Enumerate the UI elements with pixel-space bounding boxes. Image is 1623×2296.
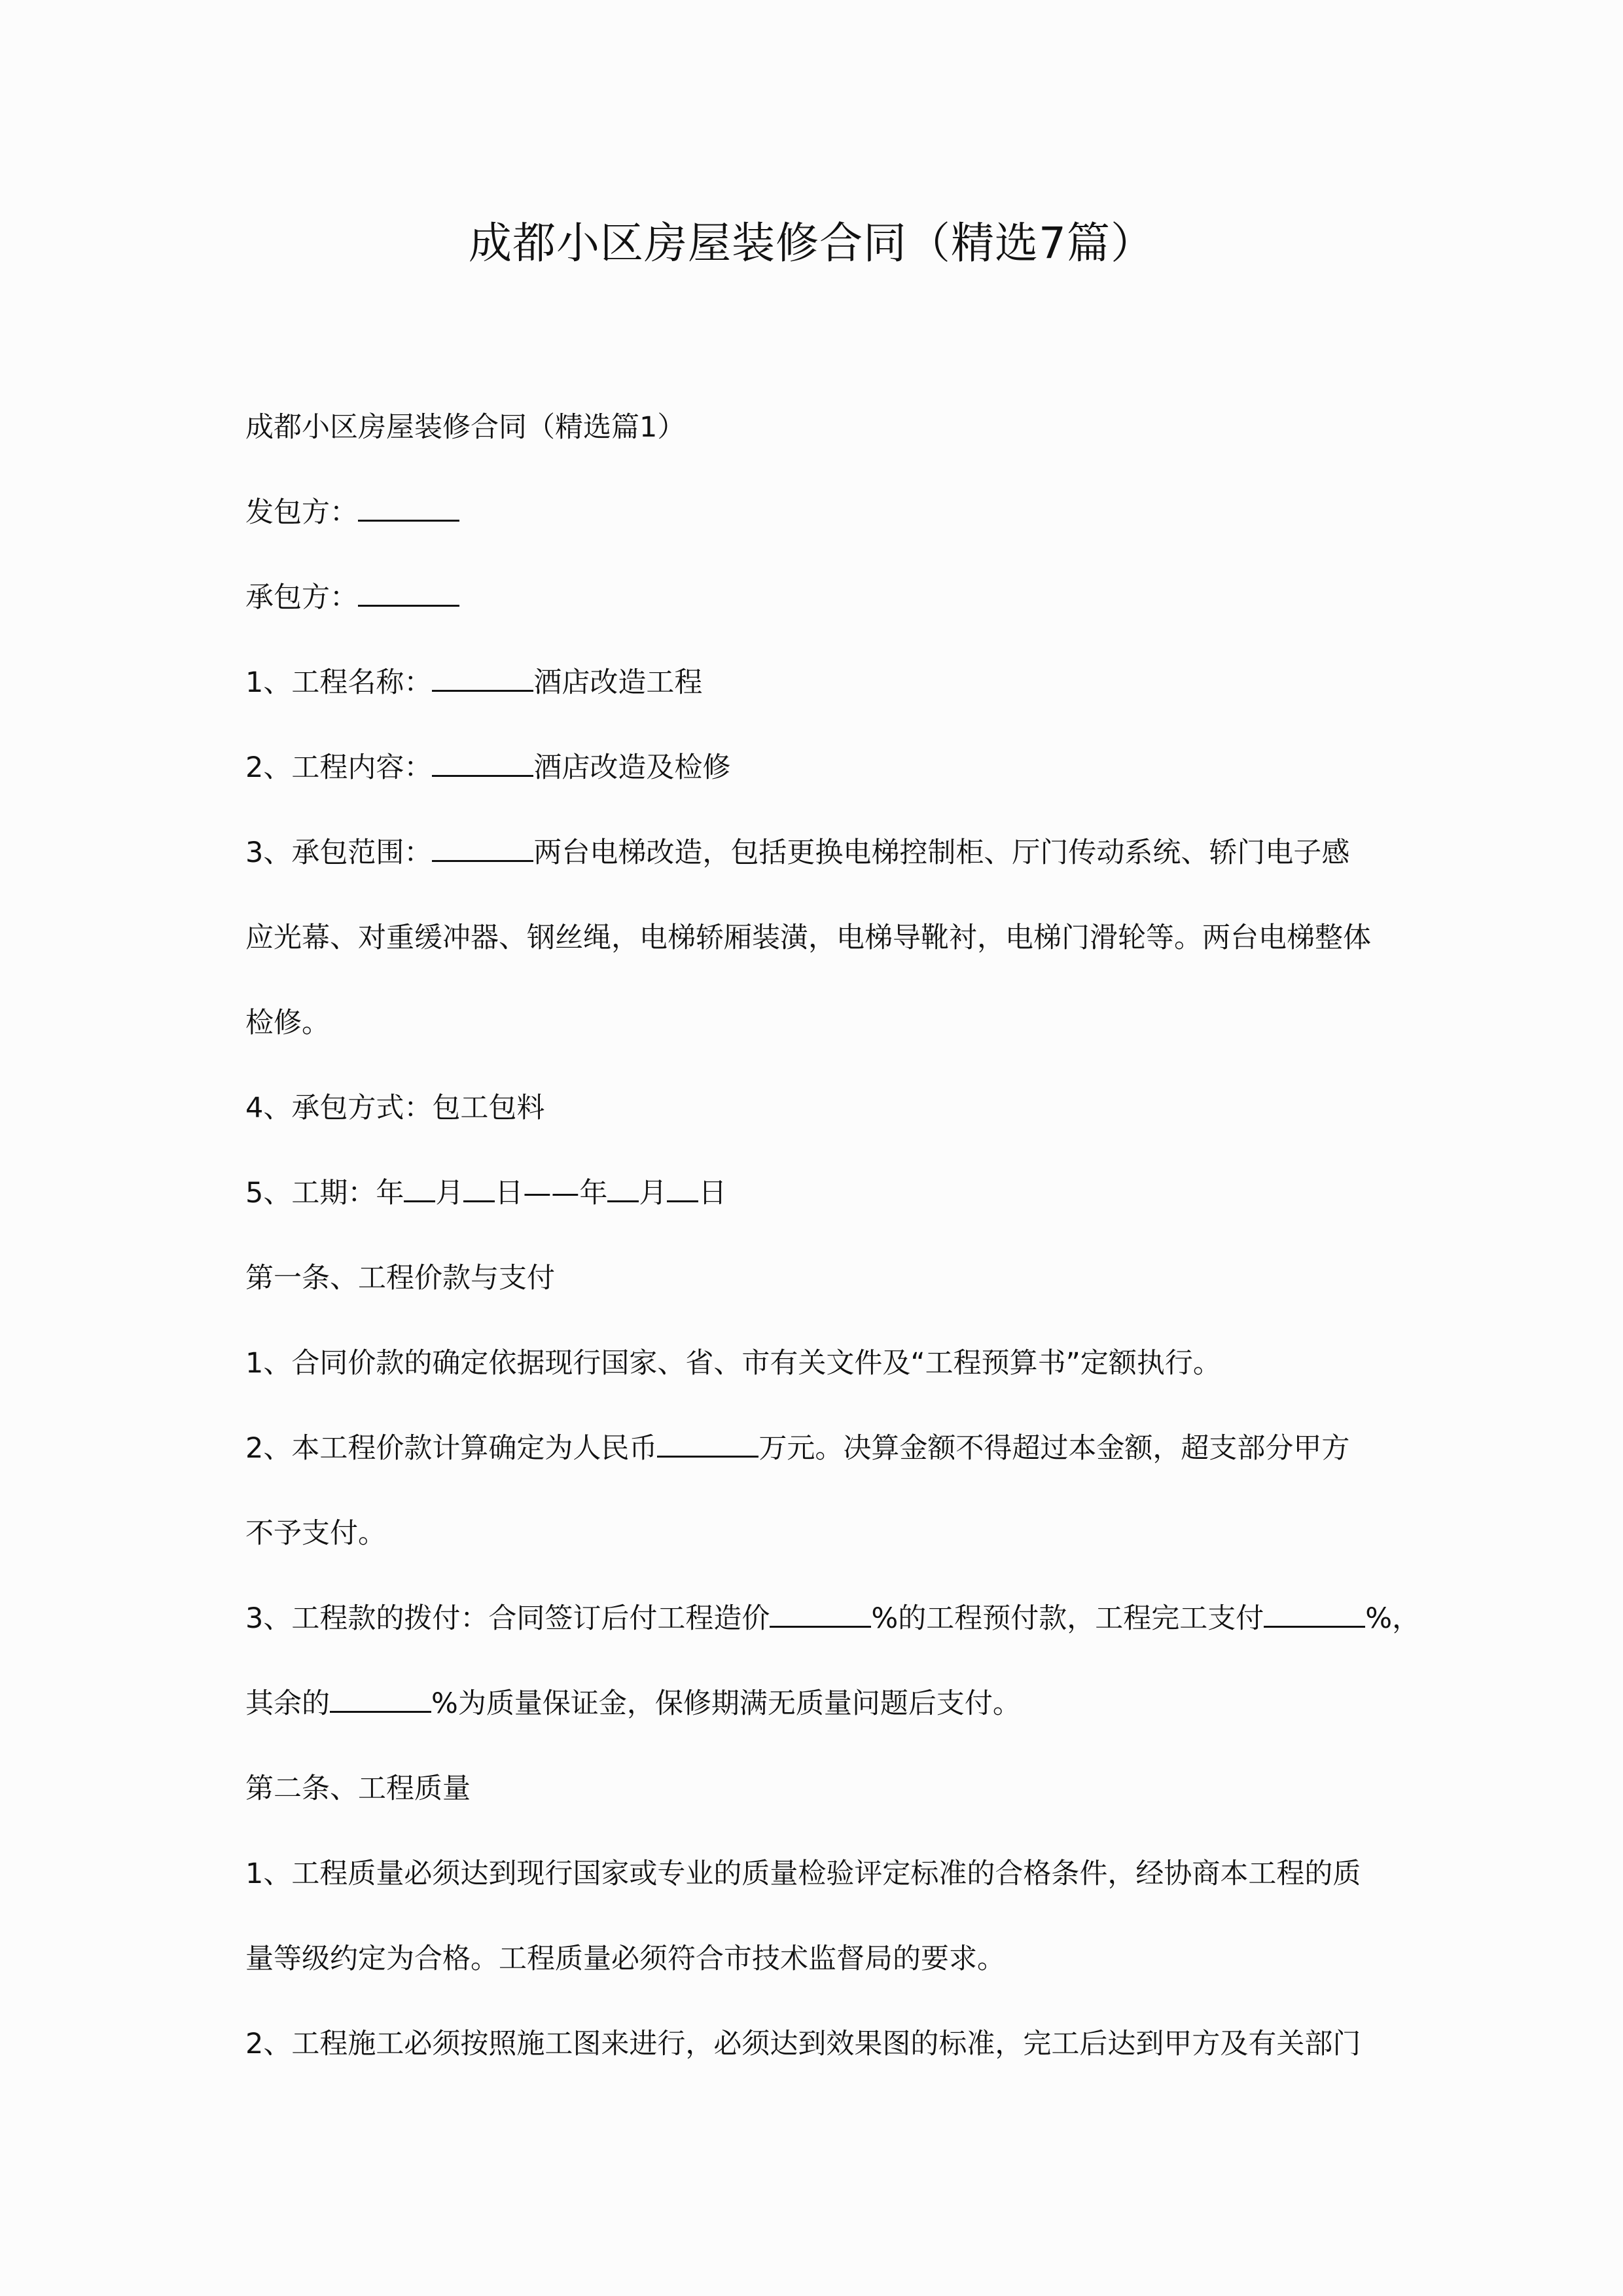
item-scope-line2: 应光幕、对重缓冲器、钢丝绳，电梯轿厢装潢，电梯导靴衬，电梯门滑轮等。两台电梯整体	[245, 895, 1397, 980]
para3-text: 3、工程款的拨付：合同签订后付工程造价	[245, 1602, 770, 1635]
article1-para2: 2、本工程价款计算确定为人民币万元。决算金额不得超过本金额，超支部分甲方	[245, 1406, 1397, 1491]
para3-text: 其余的	[245, 1687, 330, 1720]
year-label: 年	[376, 1177, 404, 1210]
month-blank	[404, 1178, 435, 1202]
article1-para1: 1、合同价款的确定依据现行国家、省、市有关文件及“工程预算书”定额执行。	[245, 1321, 1397, 1406]
item3-label: 3、承包范围：	[245, 836, 432, 869]
day-blank	[463, 1178, 495, 1202]
item1-value: 酒店改造工程	[533, 666, 702, 699]
item-duration: 5、工期：年月日——年月日	[245, 1151, 1397, 1236]
item-scope-line3: 检修。	[245, 980, 1397, 1066]
para3-text: %为质量保证金，保修期满无质量问题后支付。	[431, 1687, 1021, 1720]
para2-text: 万元。决算金额不得超过本金额，超支部分甲方	[758, 1432, 1349, 1465]
item-scope-line1: 3、承包范围：两台电梯改造，包括更换电梯控制柜、厅门传动系统、轿门电子感	[245, 810, 1397, 895]
day-label: 日——	[495, 1177, 579, 1210]
document-title: 成都小区房屋装修合同（精选7篇）	[0, 208, 1623, 270]
month-label: 月	[639, 1177, 667, 1210]
article2-para1-cont: 量等级约定为合格。工程质量必须符合市技术监督局的要求。	[245, 1916, 1397, 2001]
article2-para1: 1、工程质量必须达到现行国家或专业的质量检验评定标准的合格条件，经协商本工程的质	[245, 1831, 1397, 1916]
article2-title: 第二条、工程质量	[245, 1746, 1397, 1831]
article1-para3-cont: 其余的%为质量保证金，保修期满无质量问题后支付。	[245, 1661, 1397, 1746]
party-b-blank	[358, 583, 459, 607]
article1-para3: 3、工程款的拨付：合同签订后付工程造价%的工程预付款，工程完工支付%，	[245, 1576, 1397, 1661]
para3-text: %的工程预付款，工程完工支付	[871, 1602, 1264, 1635]
article2-para2: 2、工程施工必须按照施工图来进行，必须达到效果图的标准，完工后达到甲方及有关部门	[245, 2001, 1397, 2087]
party-a-blank	[358, 497, 459, 522]
item3-value: 两台电梯改造，包括更换电梯控制柜、厅门传动系统、轿门电子感	[533, 836, 1349, 869]
para3-text: %，	[1365, 1602, 1420, 1635]
month-blank	[607, 1178, 639, 1202]
prepay-percent-blank	[770, 1604, 871, 1628]
item3-blank	[432, 838, 533, 862]
day-blank	[667, 1178, 698, 1202]
para2-text: 2、本工程价款计算确定为人民币	[245, 1432, 657, 1465]
item-project-content: 2、工程内容：酒店改造及检修	[245, 725, 1397, 810]
item-project-name: 1、工程名称：酒店改造工程	[245, 640, 1397, 725]
item2-value: 酒店改造及检修	[533, 751, 730, 784]
document-body: 成都小区房屋装修合同（精选篇1） 发包方： 承包方： 1、工程名称：酒店改造工程…	[245, 385, 1397, 2087]
article1-title: 第一条、工程价款与支付	[245, 1236, 1397, 1321]
day-label: 日	[698, 1177, 726, 1210]
item5-label: 5、工期：	[245, 1177, 376, 1210]
item-contract-method: 4、承包方式：包工包料	[245, 1066, 1397, 1151]
item1-blank	[432, 668, 533, 692]
year-label: 年	[579, 1177, 607, 1210]
item2-blank	[432, 753, 533, 777]
party-b-label: 承包方：	[245, 581, 358, 614]
retention-percent-blank	[330, 1689, 431, 1713]
party-b-line: 承包方：	[245, 555, 1397, 640]
item1-label: 1、工程名称：	[245, 666, 432, 699]
item2-label: 2、工程内容：	[245, 751, 432, 784]
article1-para2-cont: 不予支付。	[245, 1491, 1397, 1576]
party-a-label: 发包方：	[245, 496, 358, 529]
month-label: 月	[435, 1177, 463, 1210]
completion-percent-blank	[1264, 1604, 1365, 1628]
amount-blank	[657, 1433, 758, 1458]
party-a-line: 发包方：	[245, 470, 1397, 555]
section-title: 成都小区房屋装修合同（精选篇1）	[245, 385, 1397, 470]
